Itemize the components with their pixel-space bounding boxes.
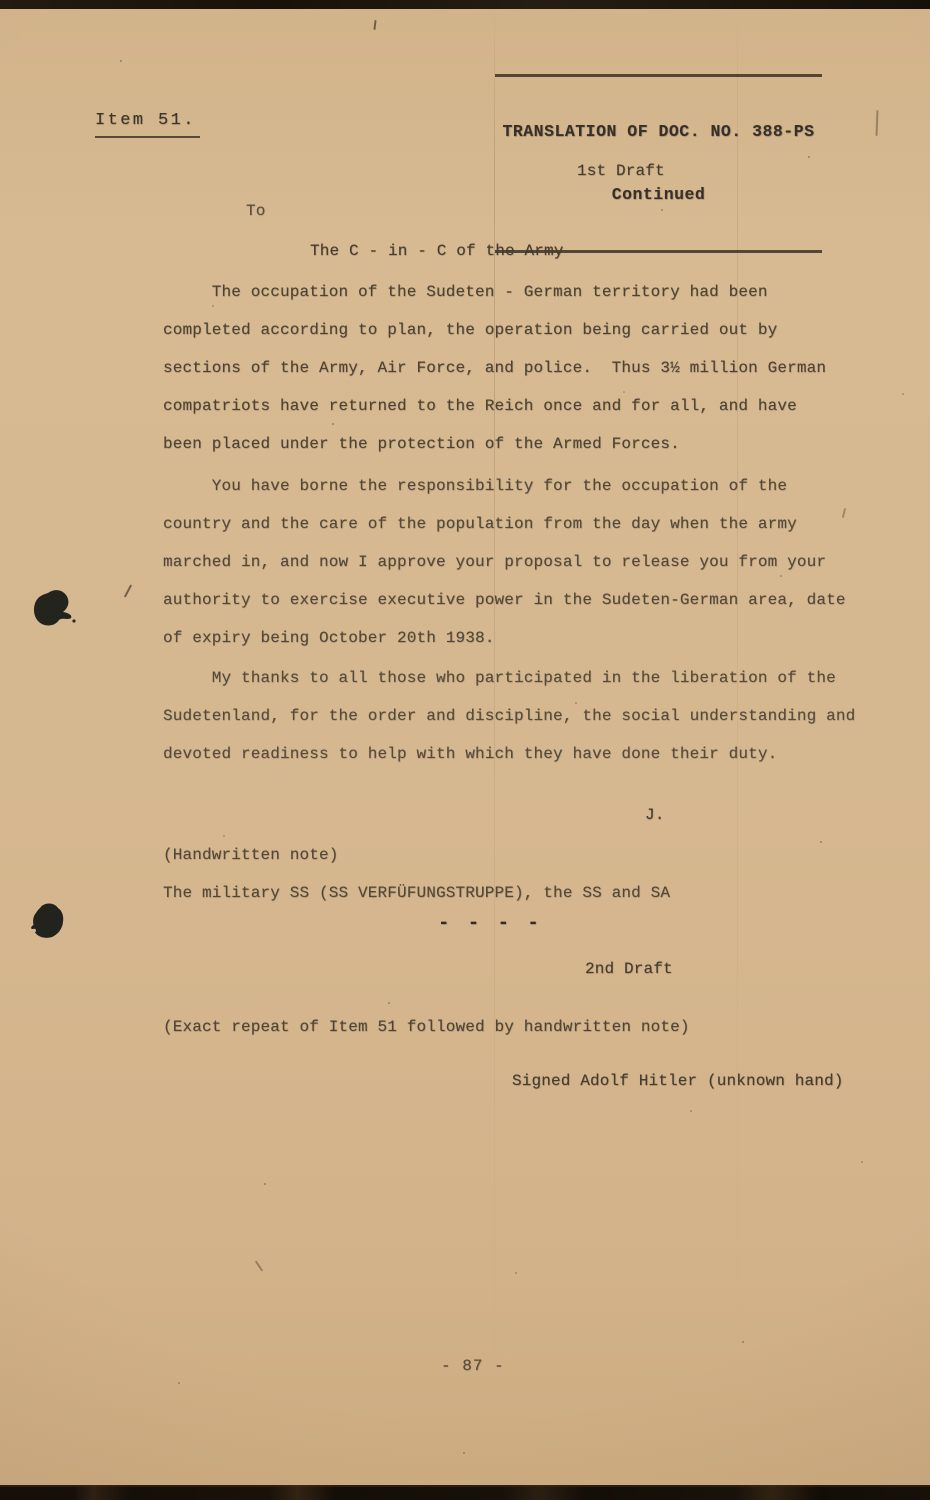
salutation: To bbox=[246, 192, 266, 230]
letter-paragraph-3: My thanks to all those who participated … bbox=[163, 659, 855, 773]
second-draft-heading: 2nd Draft bbox=[585, 950, 673, 988]
hole-punch-mark-top bbox=[28, 586, 80, 642]
scan-artifact bbox=[124, 584, 132, 597]
scan-artifact bbox=[373, 20, 376, 30]
scanned-document-page: TRANSLATION OF DOC. NO. 388-PS Continued… bbox=[0, 0, 930, 1500]
scan-artifact bbox=[876, 110, 879, 136]
paper-speckles bbox=[120, 60, 122, 62]
hole-punch-mark-bottom bbox=[26, 900, 72, 952]
second-draft-note: (Exact repeat of Item 51 followed by han… bbox=[163, 1008, 690, 1046]
signature-initial: J. bbox=[645, 796, 665, 834]
letter-paragraph-1: The occupation of the Sudeten - German t… bbox=[163, 273, 826, 463]
letter-paragraph-2: You have borne the responsibility for th… bbox=[163, 467, 846, 657]
section-separator-dashes: - - - - bbox=[438, 904, 542, 942]
signed-line: Signed Adolf Hitler (unknown hand) bbox=[512, 1062, 844, 1100]
scan-edge-top bbox=[0, 0, 930, 9]
handwritten-note-label: (Handwritten note) bbox=[163, 836, 339, 874]
item-label: Item 51. bbox=[95, 106, 200, 138]
page-number: - 87 - bbox=[441, 1347, 505, 1385]
scan-artifact bbox=[255, 1260, 263, 1271]
first-draft-heading: 1st Draft bbox=[577, 152, 665, 190]
addressee-line: The C - in - C of the Army bbox=[310, 232, 564, 270]
doc-header-title: TRANSLATION OF DOC. NO. 388-PS bbox=[495, 121, 822, 142]
handwritten-note-text: The military SS (SS VERFÜFUNGSTRUPPE), t… bbox=[163, 874, 670, 912]
scan-edge-bottom bbox=[0, 1485, 930, 1500]
